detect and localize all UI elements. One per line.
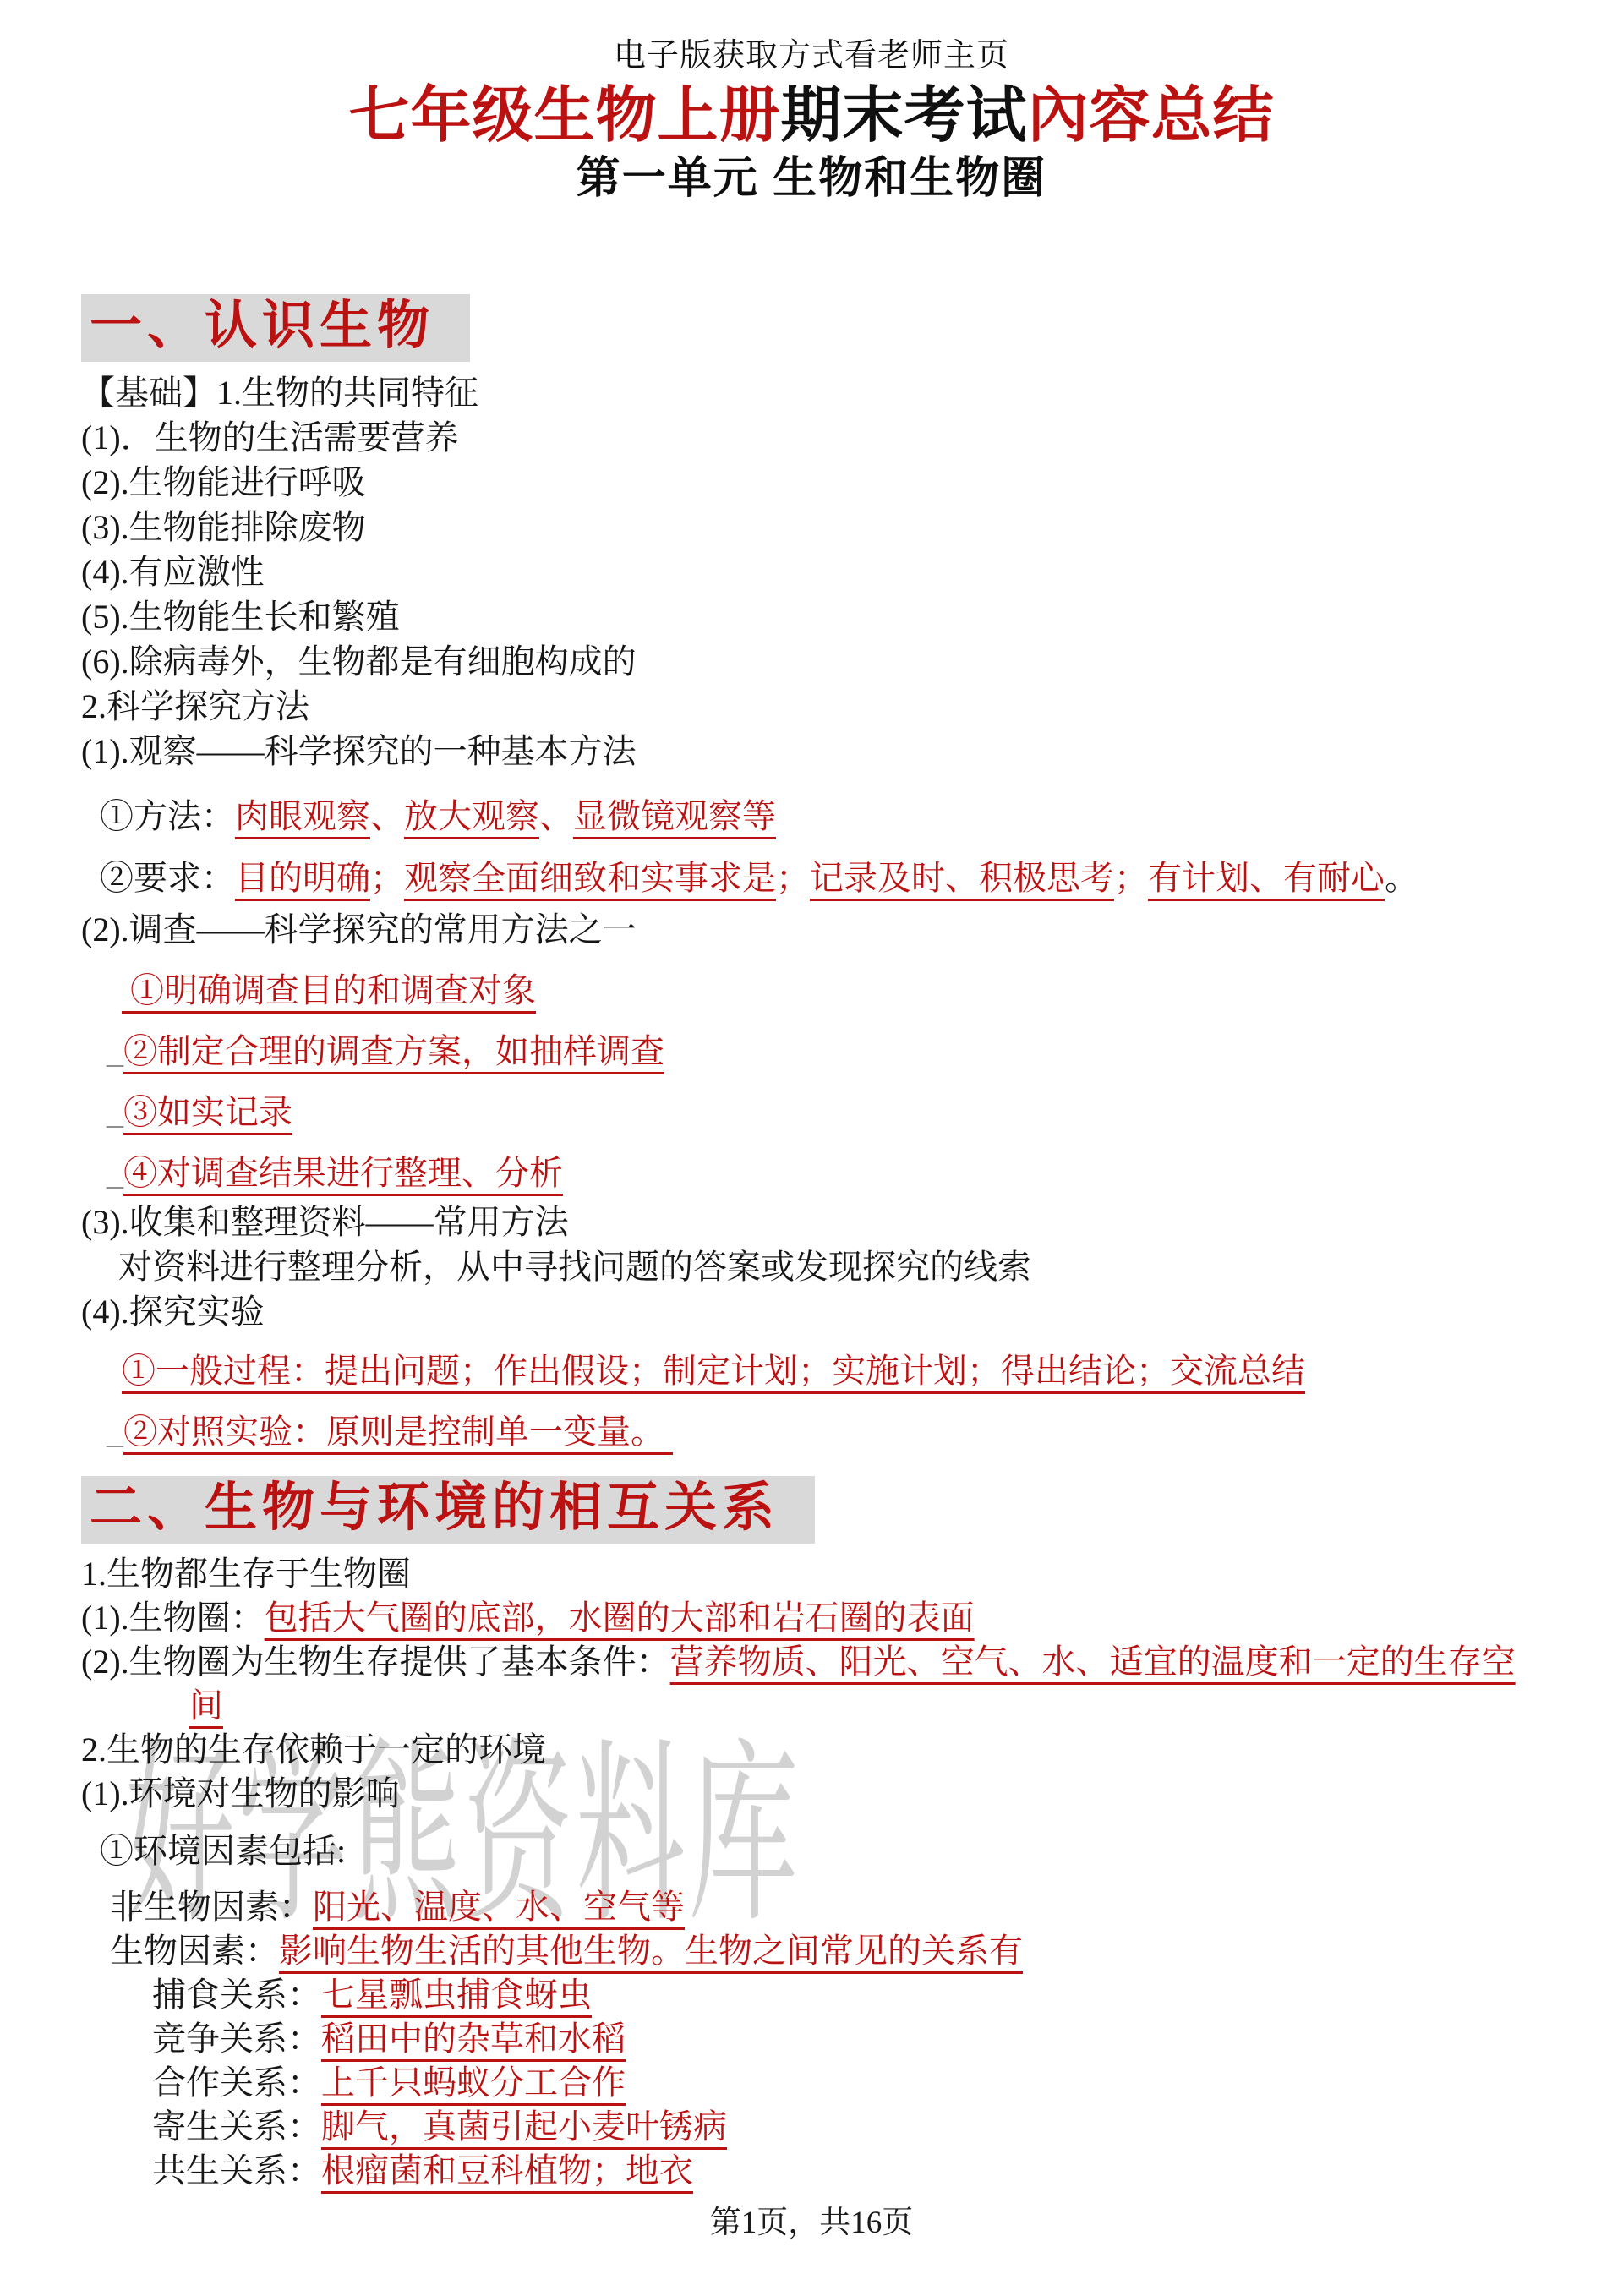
section-heading-1: 一、认识生物 bbox=[81, 294, 470, 362]
document-content: 一、认识生物 【基础】1.生物的共同特征(1)．生物的生活需要营养(2).生物能… bbox=[81, 294, 1569, 2193]
text-run: ①方法： bbox=[100, 797, 235, 835]
text-run: 记录及时、积极思考 bbox=[810, 859, 1114, 897]
text-run: ④对调查结果进行整理、分析 bbox=[123, 1154, 563, 1192]
text-run: (1)．生物的生活需要营养 bbox=[81, 418, 459, 456]
text-run: ； bbox=[1114, 859, 1148, 897]
text-run: 2.科学探究方法 bbox=[81, 687, 309, 725]
text-line: 间 bbox=[81, 1684, 1569, 1728]
document-subtitle: 第一单元 生物和生物圈 bbox=[0, 142, 1623, 205]
title-segment: 七年级生物上册 bbox=[348, 82, 780, 150]
title-segment: 期末考试 bbox=[780, 82, 1027, 150]
text-line: ②要求：目的明确；观察全面细致和实事求是；记录及时、积极思考；有计划、有耐心。 bbox=[81, 856, 1569, 900]
text-line: 共生关系：根瘤菌和豆科植物；地衣 bbox=[81, 2149, 1569, 2193]
text-run: 、 bbox=[370, 797, 404, 835]
text-run: (2).生物能进行呼吸 bbox=[81, 463, 366, 501]
text-run: ②对照实验：原则是控制单一变量。 bbox=[123, 1413, 673, 1451]
text-line: _④对调查结果进行整理、分析 bbox=[81, 1151, 1569, 1195]
page-number: 第1页，共16页 bbox=[0, 2196, 1623, 2242]
text-run: (4).探究实验 bbox=[81, 1293, 265, 1331]
text-run: 生物因素： bbox=[110, 1932, 279, 1970]
text-run: ； bbox=[776, 859, 810, 897]
text-run: 上千只蚂蚁分工合作 bbox=[321, 2064, 626, 2102]
text-run: 营养物质、阳光、空气、水、适宜的温度和一定的生存空 bbox=[670, 1643, 1516, 1681]
text-line: 2.生物的生存依赖于一定的环境 bbox=[81, 1728, 1569, 1772]
text-line: (1)．生物的生活需要营养 bbox=[81, 415, 1569, 460]
text-run: 1.生物都生存于生物圈 bbox=[81, 1555, 411, 1593]
text-run: 合作关系： bbox=[152, 2064, 321, 2102]
text-run: ①一般过程：提出问题；作出假设；制定计划；实施计划；得出结论；交流总结 bbox=[122, 1352, 1305, 1390]
text-run: 非生物因素： bbox=[110, 1888, 313, 1926]
document-title: 七年级生物上册期末考试內容总结 bbox=[0, 66, 1623, 154]
text-run: 根瘤菌和豆科植物；地衣 bbox=[321, 2151, 693, 2189]
text-run: (1).观察——科学探究的一种基本方法 bbox=[81, 732, 637, 770]
text-run: (2).调查——科学探究的常用方法之一 bbox=[81, 910, 637, 948]
text-run: 竞争关系： bbox=[152, 2020, 321, 2058]
text-line: (4).有应激性 bbox=[81, 549, 1569, 594]
text-line: 寄生关系：脚气，真菌引起小麦叶锈病 bbox=[81, 2105, 1569, 2149]
text-line: (4).探究实验 bbox=[81, 1289, 1569, 1334]
text-run: 【基础】1.生物的共同特征 bbox=[81, 374, 478, 412]
text-line: ①明确调查目的和调查对象 bbox=[81, 968, 1569, 1013]
text-run: (1).生物圈： bbox=[81, 1599, 265, 1637]
text-run: (1).环境对生物的影响 bbox=[81, 1774, 400, 1812]
text-run: 脚气，真菌引起小麦叶锈病 bbox=[321, 2107, 727, 2146]
text-line: (1).环境对生物的影响 bbox=[81, 1772, 1569, 1816]
text-run: 寄生关系： bbox=[152, 2107, 321, 2146]
text-run: (4).有应激性 bbox=[81, 553, 265, 591]
text-line: 对资料进行整理分析，从中寻找问题的答案或发现探究的线索 bbox=[81, 1244, 1569, 1289]
text-line: ①环境因素包括: bbox=[81, 1829, 1569, 1873]
text-run: 显微镜观察等 bbox=[573, 797, 776, 835]
text-line: _②对照实验：原则是控制单一变量。 bbox=[81, 1409, 1569, 1454]
document-page: 电子版获取方式看老师主页 七年级生物上册期末考试內容总结 第一单元 生物和生物圈… bbox=[0, 0, 1623, 2296]
text-run: 2.生物的生存依赖于一定的环境 bbox=[81, 1730, 546, 1768]
title-segment: 內容总结 bbox=[1028, 82, 1275, 150]
text-run: 肉眼观察 bbox=[235, 797, 370, 835]
text-line: 2.科学探究方法 bbox=[81, 684, 1569, 729]
text-line: _③如实记录 bbox=[81, 1090, 1569, 1134]
section-1-lines: 【基础】1.生物的共同特征(1)．生物的生活需要营养(2).生物能进行呼吸(3)… bbox=[81, 370, 1569, 1454]
text-line: 合作关系：上千只蚂蚁分工合作 bbox=[81, 2061, 1569, 2105]
text-run: 。 bbox=[1385, 859, 1418, 897]
text-run: _ bbox=[107, 1093, 123, 1131]
text-run: 稻田中的杂草和水稻 bbox=[321, 2020, 626, 2058]
text-run: 目的明确 bbox=[235, 859, 370, 897]
text-line: (3).生物能排除废物 bbox=[81, 505, 1569, 549]
text-run: ③如实记录 bbox=[123, 1093, 292, 1131]
text-run: 捕食关系： bbox=[152, 1976, 321, 2014]
text-run: (6).除病毒外，生物都是有细胞构成的 bbox=[81, 642, 637, 681]
text-line: 非生物因素：阳光、温度、水、空气等 bbox=[81, 1885, 1569, 1929]
text-run: 放大观察 bbox=[404, 797, 539, 835]
text-run: 对资料进行整理分析，从中寻找问题的答案或发现探究的线索 bbox=[118, 1248, 1031, 1286]
text-line: (2).生物圈为生物生存提供了基本条件：营养物质、阳光、空气、水、适宜的温度和一… bbox=[81, 1640, 1569, 1684]
text-line: _②制定合理的调查方案，如抽样调查 bbox=[81, 1029, 1569, 1074]
text-run: (3).生物能排除废物 bbox=[81, 508, 366, 546]
text-line: 生物因素：影响生物生活的其他生物。生物之间常见的关系有 bbox=[81, 1929, 1569, 1973]
text-run: 观察全面细致和实事求是 bbox=[404, 859, 776, 897]
text-run: 七星瓢虫捕食蚜虫 bbox=[321, 1976, 592, 2014]
text-line: (1).生物圈：包括大气圈的底部，水圈的大部和岩石圈的表面 bbox=[81, 1596, 1569, 1640]
text-run: ②制定合理的调查方案，如抽样调查 bbox=[123, 1032, 664, 1070]
text-run: 阳光、温度、水、空气等 bbox=[313, 1888, 685, 1926]
text-run: _ bbox=[107, 1032, 123, 1070]
text-line: (3).收集和整理资料——常用方法 bbox=[81, 1200, 1569, 1244]
text-line: 【基础】1.生物的共同特征 bbox=[81, 370, 1569, 415]
text-run: (2).生物圈为生物生存提供了基本条件： bbox=[81, 1643, 670, 1681]
text-run: 共生关系： bbox=[152, 2151, 321, 2189]
text-line: ①一般过程：提出问题；作出假设；制定计划；实施计划；得出结论；交流总结 bbox=[81, 1348, 1569, 1393]
section-heading-2: 二、生物与环境的相互关系 bbox=[81, 1476, 815, 1544]
text-line: (5).生物能生长和繁殖 bbox=[81, 594, 1569, 639]
text-line: (2).生物能进行呼吸 bbox=[81, 460, 1569, 505]
text-run: (5).生物能生长和繁殖 bbox=[81, 598, 400, 636]
text-run: 有计划、有耐心 bbox=[1148, 859, 1385, 897]
text-run: _ bbox=[107, 1413, 123, 1451]
text-line: 捕食关系：七星瓢虫捕食蚜虫 bbox=[81, 1973, 1569, 2017]
text-run: 包括大气圈的底部，水圈的大部和岩石圈的表面 bbox=[265, 1599, 975, 1637]
text-run: (3).收集和整理资料——常用方法 bbox=[81, 1203, 569, 1241]
text-run: ； bbox=[370, 859, 404, 897]
text-line: 竞争关系：稻田中的杂草和水稻 bbox=[81, 2017, 1569, 2061]
text-run: 、 bbox=[539, 797, 573, 835]
text-line: (1).观察——科学探究的一种基本方法 bbox=[81, 729, 1569, 774]
text-run: 影响生物生活的其他生物。生物之间常见的关系有 bbox=[279, 1932, 1023, 1970]
text-run: ①环境因素包括: bbox=[100, 1832, 346, 1870]
text-line: 1.生物都生存于生物圈 bbox=[81, 1552, 1569, 1596]
text-line: ①方法：肉眼观察、放大观察、显微镜观察等 bbox=[81, 794, 1569, 839]
section-2-lines: 1.生物都生存于生物圈(1).生物圈：包括大气圈的底部，水圈的大部和岩石圈的表面… bbox=[81, 1552, 1569, 2193]
text-line: (6).除病毒外，生物都是有细胞构成的 bbox=[81, 639, 1569, 684]
text-run: ①明确调查目的和调查对象 bbox=[122, 971, 536, 1009]
text-run: _ bbox=[107, 1154, 123, 1192]
text-line: (2).调查——科学探究的常用方法之一 bbox=[81, 907, 1569, 952]
text-run: ②要求： bbox=[100, 859, 235, 897]
text-run: 间 bbox=[189, 1686, 223, 1725]
